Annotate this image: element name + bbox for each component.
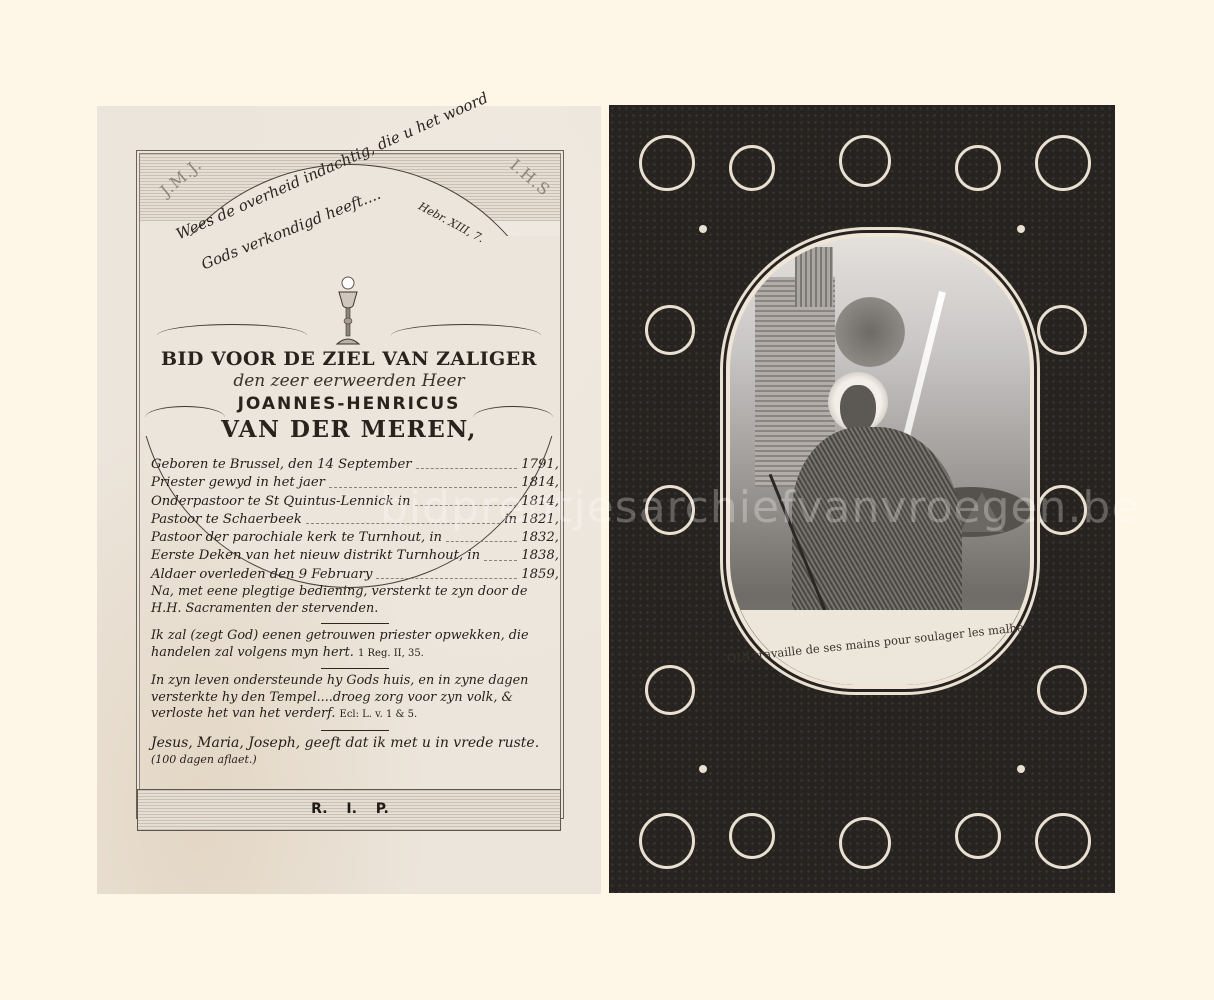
memorial-card-image-side: QUI travaille de ses mains pour soulager… <box>609 105 1115 893</box>
scripture-quote-1: Ik zal (zegt God) eenen getrouwen priest… <box>151 628 559 662</box>
ornament-scroll <box>729 145 775 191</box>
biography: Geboren te Brussel, den 14 September1791… <box>151 456 559 769</box>
ornament-scroll <box>1037 665 1087 715</box>
bio-line: Geboren te Brussel, den 14 September1791… <box>151 456 559 474</box>
ornament-scroll <box>955 813 1001 859</box>
flourish-right <box>391 324 541 347</box>
tower-top <box>795 247 833 307</box>
bio-line: Onderpastoor te St Quintus-Lennick in181… <box>151 493 559 511</box>
bio-line: Pastoor te Schaerbeekin 1821, <box>151 511 559 529</box>
engraving-scene <box>730 237 1030 685</box>
divider <box>321 668 389 669</box>
bio-line: Pastoor der parochiale kerk te Turnhout,… <box>151 529 559 547</box>
ornament-scroll <box>645 485 695 535</box>
flourish-left <box>157 324 307 347</box>
rip-band: R. I. P. <box>137 789 561 831</box>
closing-prayer: Jesus, Maria, Joseph, geeft dat ik met u… <box>151 735 559 769</box>
ornament-dot <box>699 765 707 773</box>
ornament-scroll <box>639 813 695 869</box>
tent <box>960 492 1004 532</box>
bio-line: Eerste Deken van het nieuw distrikt Turn… <box>151 547 559 565</box>
sacraments-text: Na, met eene plegtige bediening, verster… <box>151 584 559 617</box>
ornament-dot <box>1017 765 1025 773</box>
quote-1-reference: 1 Reg. II, 35. <box>358 648 424 659</box>
saint-robe <box>792 427 962 637</box>
honorific: den zeer eerweerden Heer <box>97 371 601 391</box>
quote-2-reference: Ecl: L. v. 1 & 5. <box>340 709 418 720</box>
ornament-dot <box>1017 225 1025 233</box>
tree <box>835 297 905 367</box>
ornament-scroll <box>1035 135 1091 191</box>
ornament-dot <box>699 225 707 233</box>
ornament-scroll <box>639 135 695 191</box>
chalice-icon <box>333 276 363 348</box>
ornament-scroll <box>645 665 695 715</box>
deceased-surname: VAN DER MEREN, <box>97 416 601 443</box>
memorial-card-text-side: J.M.J. I.H.S Wees de overheid indachtig,… <box>97 106 601 894</box>
divider <box>321 623 389 624</box>
devotional-engraving: QUI travaille de ses mains pour soulager… <box>726 233 1034 689</box>
heading-pray-for-soul: BID VOOR DE ZIEL VAN ZALIGER <box>97 348 601 370</box>
bio-line: Priester gewyd in het jaer1814, <box>151 474 559 492</box>
divider <box>321 730 389 731</box>
ornament-scroll <box>839 817 891 869</box>
ornament-scroll <box>1037 485 1087 535</box>
ornament-scroll <box>955 145 1001 191</box>
ornament-scroll <box>1035 813 1091 869</box>
saint-head <box>840 385 876 433</box>
rip-text: R. I. P. <box>138 801 562 817</box>
ornament-scroll <box>839 135 891 187</box>
bio-line: Aldaer overleden den 9 February1859, <box>151 566 559 584</box>
ornament-scroll <box>1037 305 1087 355</box>
ornament-scroll <box>645 305 695 355</box>
ornament-scroll <box>729 813 775 859</box>
scripture-quote-2: In zyn leven ondersteunde hy Gods huis, … <box>151 673 559 724</box>
